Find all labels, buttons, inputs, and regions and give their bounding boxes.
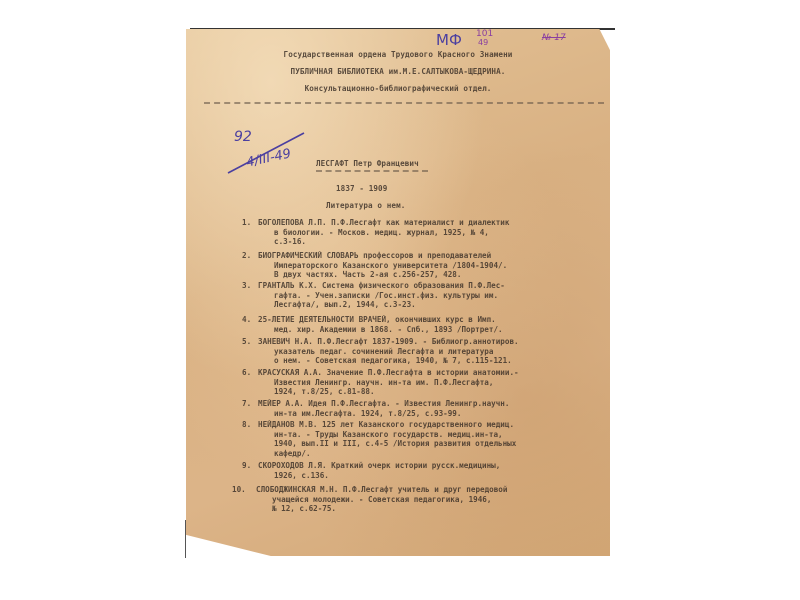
entry-line: № 12, с.62-75.: [272, 504, 336, 513]
entry-line: Лесгафта/, вып.2, 1944, с.3-23.: [274, 300, 416, 309]
entry-number: 2.: [242, 251, 251, 260]
entry-line: В двух частях. Часть 2-ая с.256-257, 428…: [274, 270, 461, 279]
entry-line: БОГОЛЕПОВА Л.П. П.Ф.Лесгафт как материал…: [258, 218, 509, 227]
entry-line: НЕЙДАНОВ М.В. 125 лет Казанского государ…: [258, 420, 514, 429]
entry-line: БИОГРАФИЧЕСКИЙ СЛОВАРЬ профессоров и пре…: [258, 251, 491, 260]
fraction-bottom: 49: [478, 38, 488, 47]
entry-line: в биологии. - Москов. медиц. журнал, 192…: [274, 228, 489, 237]
document-page: МФ 101 49 № 17 Государственная ордена Тр…: [186, 29, 610, 556]
entry-number: 1.: [242, 218, 251, 227]
entry-number: 7.: [242, 399, 251, 408]
entry-line: ГРАНТАЛЬ К.Х. Система физического образо…: [258, 281, 505, 290]
entry-line: ин-та им.Лесгафта. 1924, т.8/25, с.93-99…: [274, 409, 461, 418]
entry-line: 1924, т.8/25, с.81-88.: [274, 387, 375, 396]
subject-subtitle: Литература о нем.: [326, 201, 405, 210]
entry-line: 1926, с.136.: [274, 471, 329, 480]
archive-code-stamp: МФ: [436, 31, 462, 49]
header-line-2: ПУБЛИЧНАЯ БИБЛИОТЕКА им.М.Е.САЛТЫКОВА-ЩЕ…: [186, 67, 610, 76]
entry-number: 4.: [242, 315, 251, 324]
entry-line: с.3-16.: [274, 237, 306, 246]
entry-line: 25-ЛЕТИЕ ДЕЯТЕЛЬНОСТИ ВРАЧЕЙ, окончивших…: [258, 315, 496, 324]
entry-line: учащейся молодежи. - Советская педагогик…: [272, 495, 491, 504]
entry-line: МЕЙЕР А.А. Идея П.Ф.Лесгафта. - Известия…: [258, 399, 509, 408]
entry-line: ЗАНЕВИЧ Н.А. П.Ф.Лесгафт 1837-1909. - Би…: [258, 337, 519, 346]
entry-number: 3.: [242, 281, 251, 290]
entry-line: СКОРОХОДОВ Л.Я. Краткий очерк истории ру…: [258, 461, 500, 470]
entry-line: мед. хир. Академии в 1868. - Спб., 1893 …: [274, 325, 503, 334]
entry-line: ин-та. - Труды Казанского государств. ме…: [274, 430, 503, 439]
entry-line: указатель педаг. сочинений Лесгафта и ли…: [274, 347, 493, 356]
subject-years: 1837 - 1909: [336, 184, 387, 193]
entry-line: кафедр/.: [274, 449, 311, 458]
subject-underline: [316, 170, 428, 172]
subject-name: ЛЕСГАФТ Петр Францевич: [316, 159, 419, 168]
entry-line: КРАСУСКАЯ А.А. Значение П.Ф.Лесгафта в и…: [258, 368, 519, 377]
entry-line: 1940, вып.II и III, с.4-5 /История разви…: [274, 439, 516, 448]
entry-line: Императорского Казанского университета /…: [274, 261, 507, 270]
entry-line: СЛОБОДЖИНСКАЯ М.Н. П.Ф.Лесгафт учитель и…: [256, 485, 507, 494]
header-line-1: Государственная ордена Трудового Красног…: [186, 50, 610, 59]
entry-number: 9.: [242, 461, 251, 470]
entry-line: Известия Ленингр. научн. ин-та им. П.Ф.Л…: [274, 378, 493, 387]
header-divider: [204, 102, 604, 104]
entry-line: о нем. - Советская педагогика, 1940, № 7…: [274, 356, 512, 365]
entry-line: гафта. - Учен.записки /Гос.инст.физ. кул…: [274, 291, 498, 300]
entry-number: 5.: [242, 337, 251, 346]
handwritten-number: 92: [234, 129, 252, 145]
entry-number: 8.: [242, 420, 251, 429]
entry-number: 10.: [232, 485, 246, 494]
header-line-3: Консультационно-библиографический отдел.: [186, 84, 610, 93]
entry-number: 6.: [242, 368, 251, 377]
scan-left-edge: [185, 520, 186, 558]
struck-number: № 17: [542, 33, 566, 43]
